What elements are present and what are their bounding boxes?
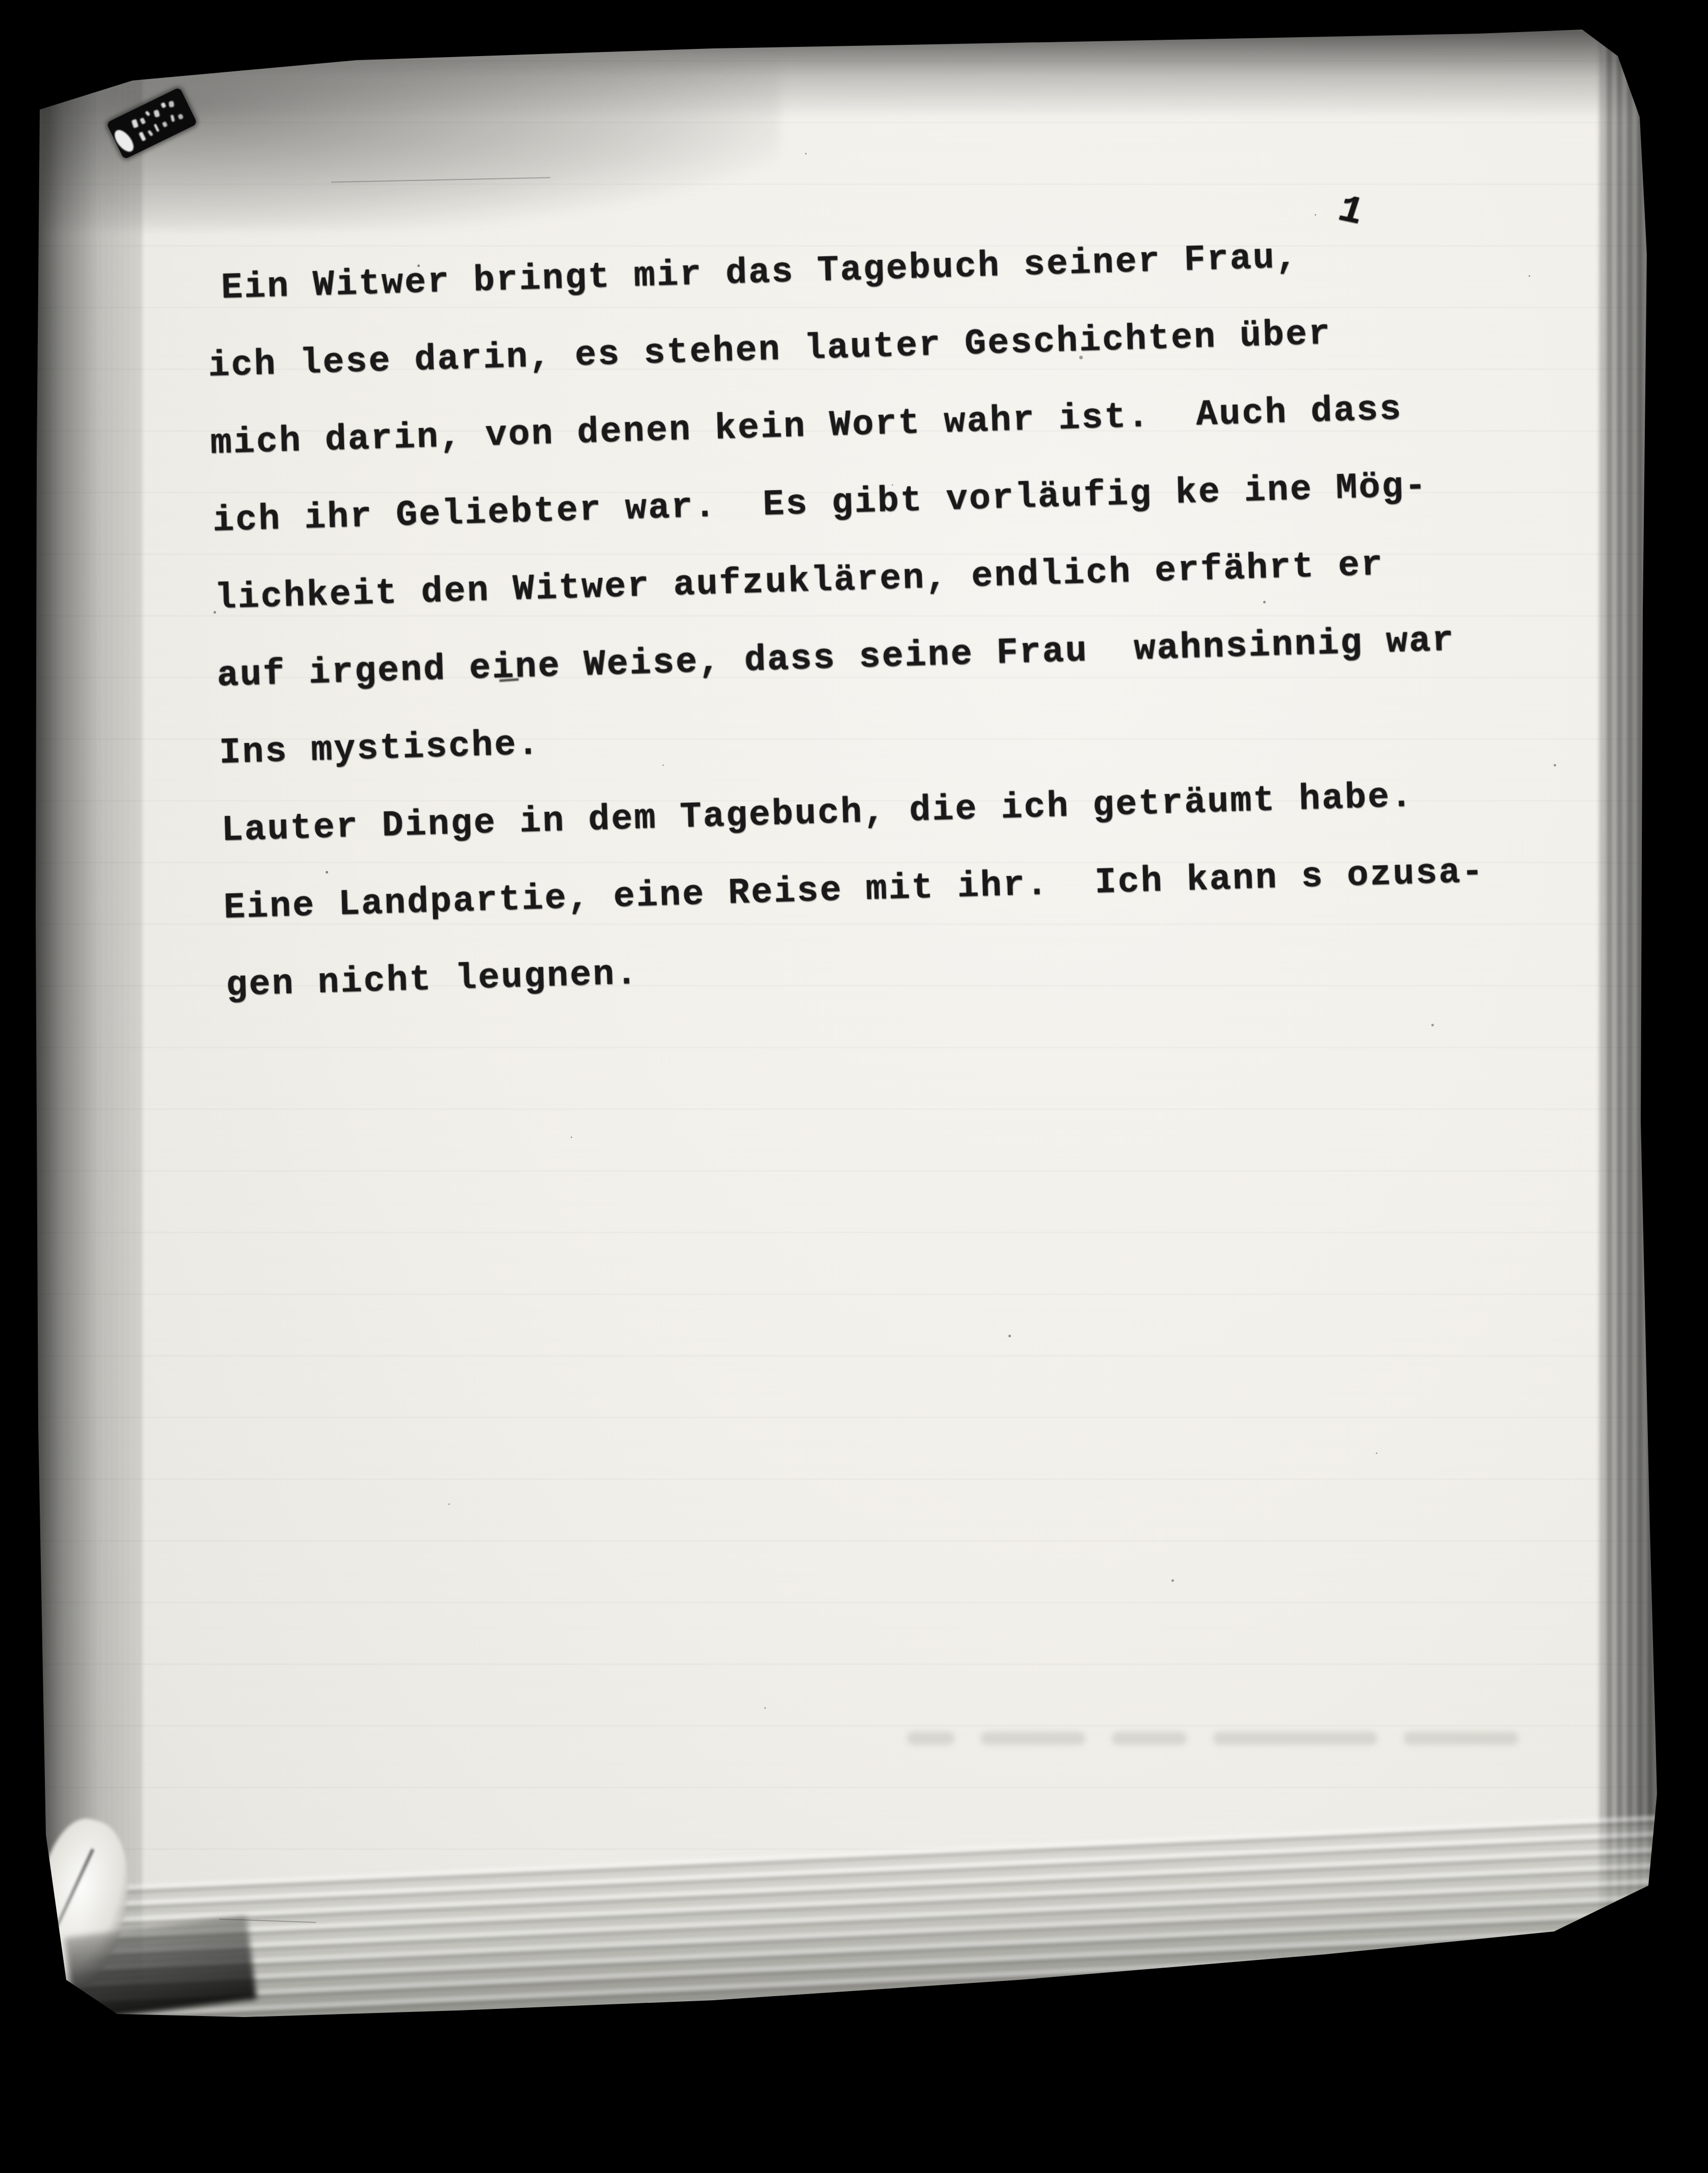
ghost-word	[907, 1732, 954, 1745]
ghost-word	[981, 1732, 1085, 1745]
left-edge-shadow	[26, 66, 144, 1993]
ghost-word	[1213, 1732, 1378, 1745]
typed-paragraph: Ein Witwer bringt mir das Tagebuch seine…	[205, 211, 1603, 1025]
dust-specks	[0, 0, 2, 2]
ghost-word	[1112, 1732, 1187, 1745]
ghost-text-artifact	[907, 1732, 1518, 1749]
ghost-word	[1404, 1732, 1518, 1745]
paper-sheet: 1 Ein Witwer bringt mir das Tagebuch sei…	[0, 0, 1708, 2173]
right-page-stack-edge	[1600, 20, 1671, 1916]
scanned-typescript-photo: 1 Ein Witwer bringt mir das Tagebuch sei…	[0, 0, 1708, 2173]
